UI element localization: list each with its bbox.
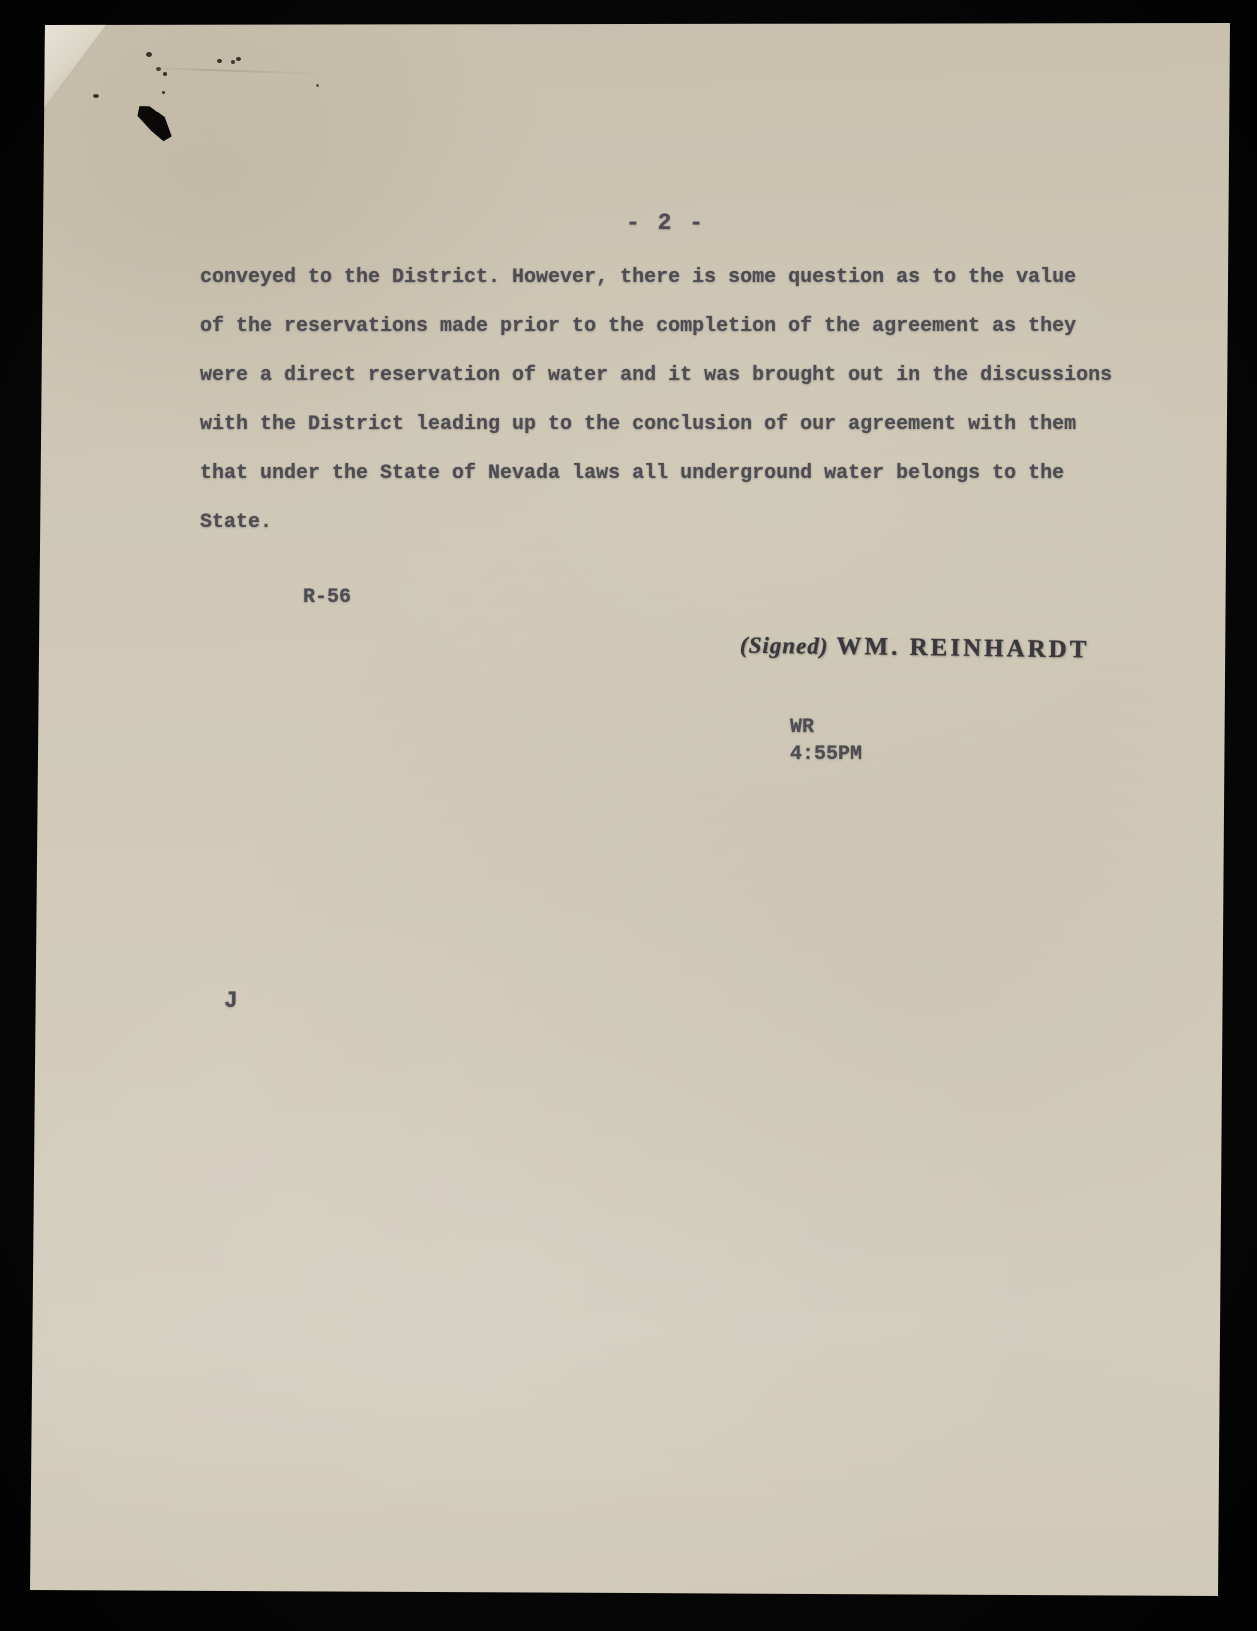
staple-hole: [146, 52, 152, 57]
page-number: - 2 -: [626, 210, 705, 236]
signed-label: (Signed): [740, 633, 829, 659]
reference-code: R-56: [303, 586, 351, 609]
staple-hole: [236, 57, 241, 61]
signature-line: (Signed)WM. REINHARDT: [740, 632, 1090, 665]
footer-mark: J: [224, 988, 238, 1014]
body-text: conveyed to the District. However, there…: [200, 253, 1160, 547]
initials-block: WR 4:55PM: [790, 714, 862, 768]
signatory-name: WM. REINHARDT: [836, 633, 1089, 664]
corner-fold: [42, 22, 112, 114]
torn-hole: [132, 101, 179, 144]
typist-initials: WR: [790, 714, 862, 741]
scan-background: - 2 - conveyed to the District. However,…: [0, 0, 1257, 1631]
paper-crease: [148, 67, 328, 75]
staple-hole: [163, 72, 167, 76]
staple-hole: [156, 67, 161, 71]
staple-hole: [231, 60, 235, 64]
pin-hole: [162, 91, 165, 94]
stain-speck: [316, 84, 319, 87]
pin-hole: [93, 94, 99, 98]
document-page: - 2 - conveyed to the District. However,…: [28, 20, 1232, 1598]
timestamp: 4:55PM: [790, 741, 862, 768]
staple-hole: [217, 59, 222, 63]
